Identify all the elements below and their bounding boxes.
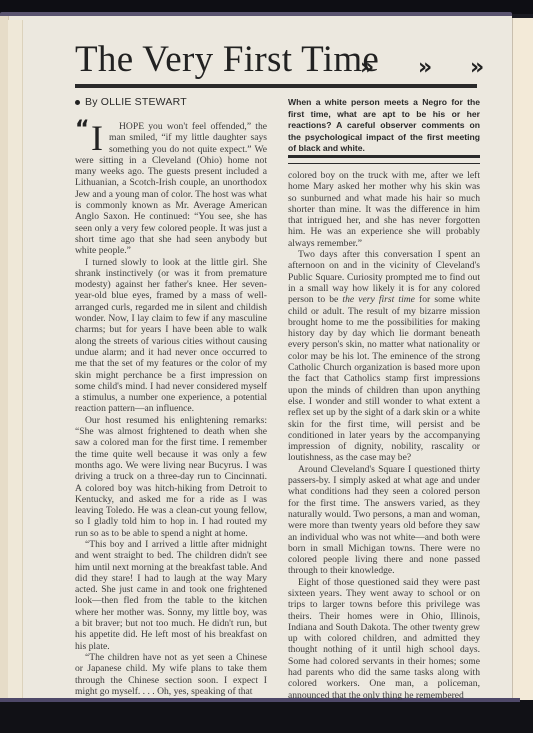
- facing-page-edge: [512, 18, 533, 708]
- title-rule: [75, 84, 477, 88]
- bullet-icon: [75, 100, 80, 105]
- ornament-chevron-icon: »: [360, 55, 374, 80]
- column-left: “ I HOPE you won't feel offended,” the m…: [75, 121, 267, 697]
- paragraph: Around Cleveland's Square I questioned t…: [288, 464, 480, 577]
- paragraph: I turned slowly to look at the little gi…: [75, 257, 267, 415]
- column-right: colored boy on the truck with me, after …: [288, 170, 480, 701]
- paragraph: “The children have not as yet seen a Chi…: [75, 652, 267, 697]
- paragraph: Eight of those questioned said they were…: [288, 577, 480, 701]
- byline: By OLLIE STEWART: [75, 96, 187, 108]
- article-title: The Very First Time: [75, 38, 379, 81]
- paragraph: “This boy and I arrived a little after m…: [75, 539, 267, 652]
- text-run: for some white child or adult. The resul…: [288, 294, 480, 463]
- ornament-chevron-icon: »: [418, 55, 432, 80]
- paragraph: HOPE you won't feel offended,” the man s…: [75, 121, 267, 257]
- paragraph: Our host resumed his enlightening remark…: [75, 415, 267, 539]
- paragraph: colored boy on the truck with me, after …: [288, 170, 480, 249]
- byline-text: By OLLIE STEWART: [85, 96, 187, 108]
- italic-phrase: the very first time: [342, 294, 415, 305]
- background-bottom: [0, 700, 533, 733]
- opening-paragraph-wrap: “ I HOPE you won't feel offended,” the m…: [75, 121, 267, 257]
- drop-cap: I: [91, 123, 103, 153]
- deck-rule: [288, 155, 480, 164]
- article-deck: When a white person meets a Negro for th…: [288, 97, 480, 155]
- ornament-chevron-icon: »: [470, 55, 484, 80]
- paragraph: Two days after this conversation I spent…: [288, 249, 480, 464]
- opening-quote-mark: “: [75, 119, 89, 141]
- page-gutter-edge: [8, 20, 23, 704]
